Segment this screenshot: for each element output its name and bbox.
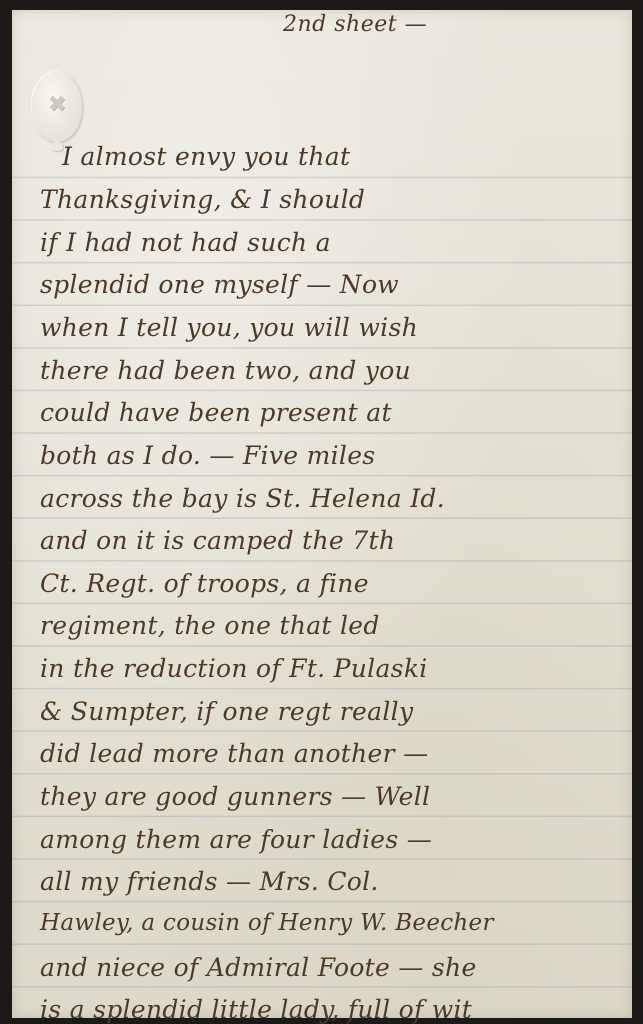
letter-line: Ct. Regt. of troops, a fine: [40, 569, 620, 598]
letter-line: both as I do. — Five miles: [40, 441, 620, 470]
letter-line: could have been present at: [40, 398, 620, 427]
letter-line: did lead more than another —: [40, 739, 620, 768]
letter-line: Thanksgiving, & I should: [40, 185, 620, 214]
letter-line: I almost envy you that: [62, 142, 642, 171]
sheet-heading: 2nd sheet —: [283, 12, 427, 37]
letter-line: if I had not had such a: [40, 228, 620, 257]
letter-line: among them are four ladies —: [40, 825, 620, 854]
letter-line: and niece of Admiral Foote — she: [40, 953, 620, 982]
letter-line: all my friends — Mrs. Col.: [40, 867, 620, 896]
letter-line: & Sumpter, if one regt really: [40, 697, 620, 726]
letter-line: is a splendid little lady, full of wit: [40, 995, 620, 1024]
letter-line: across the bay is St. Helena Id.: [40, 484, 620, 513]
crossed-emblem-icon: ✖: [44, 92, 70, 118]
letter-line: they are good gunners — Well: [40, 782, 620, 811]
letter-line: in the reduction of Ft. Pulaski: [40, 654, 620, 683]
letter-line: regiment, the one that led: [40, 611, 620, 640]
letter-line: and on it is camped the 7th: [40, 526, 620, 555]
embossed-seal-icon: ✖: [32, 72, 82, 142]
letter-line: there had been two, and you: [40, 356, 620, 385]
letter-line: Hawley, a cousin of Henry W. Beecher: [40, 910, 620, 936]
letter-line: splendid one myself — Now: [40, 270, 620, 299]
letter-line: when I tell you, you will wish: [40, 313, 620, 342]
